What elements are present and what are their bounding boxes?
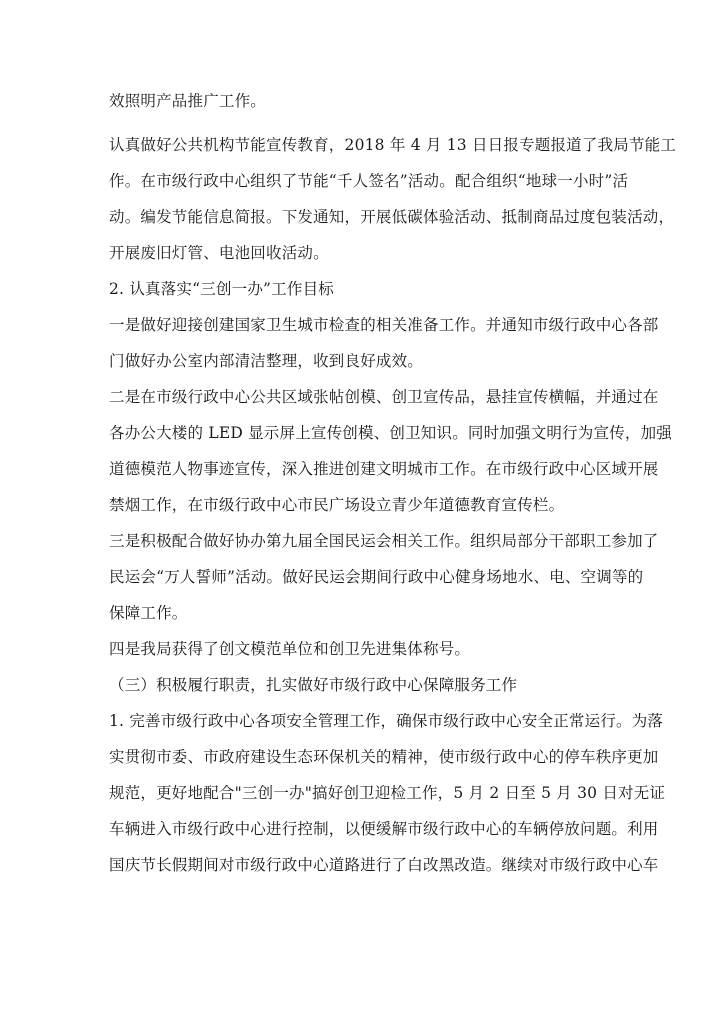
text-line: 规范，更好地配合"三创一办"搞好创卫迎检工作，5 月 2 日至 5 月 30 日… [109, 778, 613, 814]
text-line: 三是积极配合做好协办第九届全国民运会相关工作。组织局部分干部职工参加了 [109, 526, 613, 562]
text-line: 车辆进入市级行政中心进行控制，以便缓解市级行政中心的车辆停放问题。利用 [109, 814, 613, 850]
paragraph-gap [109, 122, 613, 130]
section-heading: 2. 认真落实“三创一办”工作目标 [109, 274, 613, 310]
text-line: 国庆节长假期间对市级行政中心道路进行了白改黑改造。继续对市级行政中心车 [109, 850, 613, 886]
text-line: 门做好办公室内部清洁整理，收到良好成效。 [109, 346, 613, 382]
text-line: 效照明产品推广工作。 [109, 86, 613, 122]
text-line: 民运会“万人誓师”活动。做好民运会期间行政中心健身场地水、电、空调等的 [109, 562, 613, 598]
text-line: 动。编发节能信息简报。下发通知，开展低碳体验活动、抵制商品过度包装活动， [109, 202, 613, 238]
text-line: 二是在市级行政中心公共区域张帖创模、创卫宣传品，悬挂宣传横幅，并通过在 [109, 382, 613, 418]
document-page: 效照明产品推广工作。 认真做好公共机构节能宣传教育，2018 年 4 月 13 … [109, 86, 613, 886]
text-line: 认真做好公共机构节能宣传教育，2018 年 4 月 13 日日报专题报道了我局节… [109, 130, 613, 166]
text-line: 四是我局获得了创文模范单位和创卫先进集体称号。 [109, 634, 613, 670]
text-line: 禁烟工作，在市级行政中心市民广场设立青少年道德教育宣传栏。 [109, 490, 613, 526]
section-heading: （三）积极履行职责，扎实做好市级行政中心保障服务工作 [109, 670, 613, 706]
text-line: 保障工作。 [109, 598, 613, 634]
text-line: 开展废旧灯管、电池回收活动。 [109, 238, 613, 274]
text-line: 作。在市级行政中心组织了节能“千人签名”活动。配合组织“地球一小时”活 [109, 166, 613, 202]
text-line: 1. 完善市级行政中心各项安全管理工作，确保市级行政中心安全正常运行。为落 [109, 706, 613, 742]
text-line: 一是做好迎接创建国家卫生城市检查的相关准备工作。并通知市级行政中心各部 [109, 310, 613, 346]
text-line: 道德模范人物事迹宣传，深入推进创建文明城市工作。在市级行政中心区域开展 [109, 454, 613, 490]
text-line: 实贯彻市委、市政府建设生态环保机关的精神，使市级行政中心的停车秩序更加 [109, 742, 613, 778]
text-line: 各办公大楼的 LED 显示屏上宣传创模、创卫知识。同时加强文明行为宣传，加强 [109, 418, 613, 454]
